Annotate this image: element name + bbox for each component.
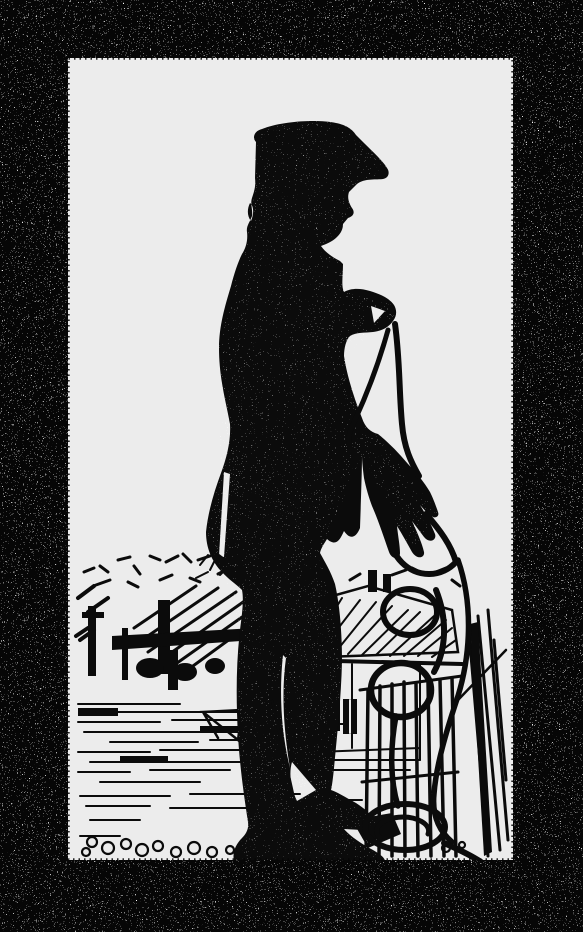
illustration-page: Ink silhouette illustration: a young man…: [0, 0, 583, 932]
silhouette-illustration: Ink silhouette illustration: a young man…: [0, 0, 583, 932]
